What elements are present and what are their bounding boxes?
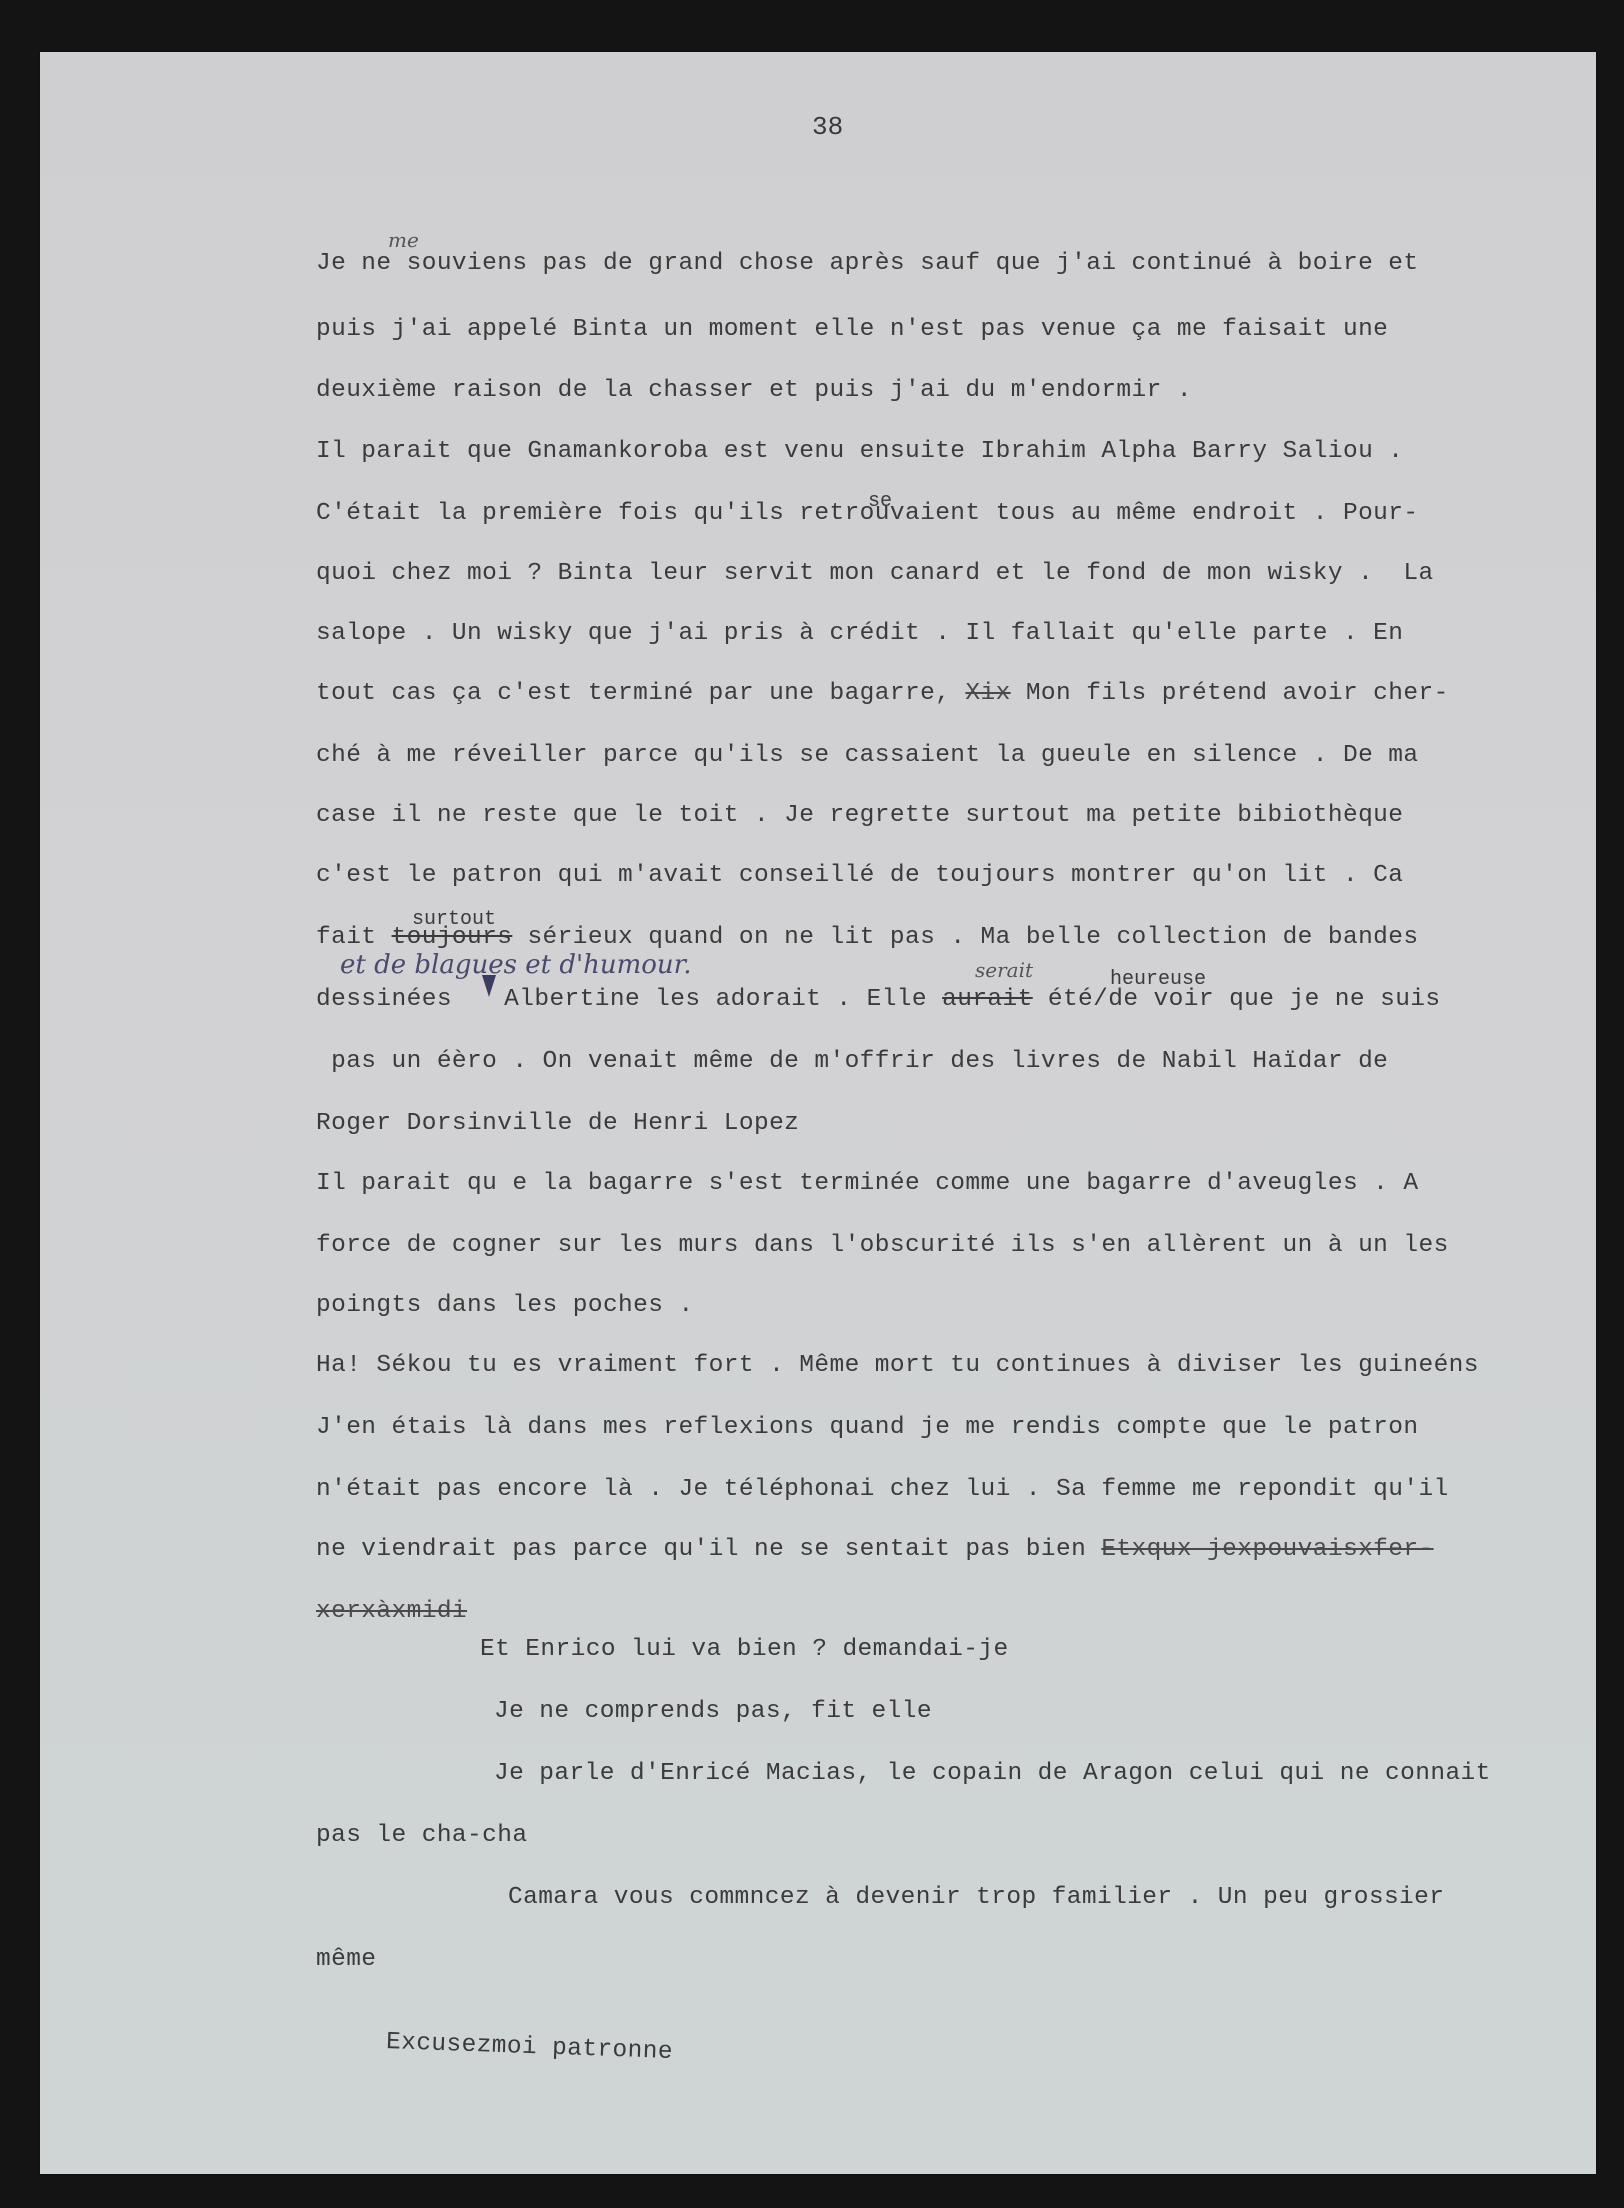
text-line-18: poingts dans les poches .	[316, 1292, 694, 1319]
text-line-12: fait toujours sérieux quand on ne lit pa…	[316, 924, 1419, 951]
struck-text: Xix	[965, 680, 1010, 707]
dialogue-line-4: Camara vous commncez à devenir trop fami…	[508, 1884, 1444, 1911]
text-line-6: quoi chez moi ? Binta leur servit mon ca…	[316, 560, 1434, 587]
text-line-12-end: sérieux quand on ne lit pas . Ma belle c…	[512, 924, 1418, 951]
text-line-22: ne viendrait pas parce qu'il ne se senta…	[316, 1536, 1434, 1563]
text-line-15: Roger Dorsinville de Henri Lopez	[316, 1110, 799, 1137]
text-line-8-end: Mon fils prétend avoir cher-	[1011, 680, 1449, 707]
handwritten-insert-me: me	[388, 228, 419, 252]
text-line-1: Je ne souviens pas de grand chose après …	[316, 250, 1418, 277]
typewritten-page	[40, 52, 1596, 2174]
text-line-7: salope . Un wisky que j'ai pris à crédit…	[316, 620, 1403, 647]
text-line-17: force de cogner sur les murs dans l'obsc…	[316, 1232, 1449, 1259]
dialogue-line-1: Et Enrico lui va bien ? demandai-je	[480, 1636, 1009, 1663]
text-line-16: Il parait qu e la bagarre s'est terminée…	[316, 1170, 1418, 1197]
struck-text: toujours	[392, 924, 513, 951]
text-line-3: deuxième raison de la chasser et puis j'…	[316, 377, 1192, 404]
dialogue-line-3-cont: pas le cha-cha	[316, 1822, 527, 1849]
handwritten-insert-serait: serait	[975, 958, 1033, 982]
text-line-14: pas un éèro . On venait même de m'offrir…	[316, 1048, 1388, 1075]
page-number: 38	[812, 112, 843, 142]
text-line-4: Il parait que Gnamankoroba est venu ensu…	[316, 438, 1403, 465]
struck-text: aurait	[942, 986, 1033, 1013]
text-line-8: tout cas ça c'est terminé par une bagarr…	[316, 680, 1449, 707]
text-line-10: case il ne reste que le toit . Je regret…	[316, 802, 1403, 829]
text-line-19: Ha! Sékou tu es vraiment fort . Même mor…	[316, 1352, 1479, 1379]
dialogue-line-4-cont: même	[316, 1946, 376, 1973]
handwritten-insert: et de blagues et d'humour.	[340, 950, 692, 980]
text-line-13-mid: Albertine les adorait . Elle	[489, 986, 942, 1013]
text-line-23: xerxàxmidi	[316, 1598, 467, 1625]
dialogue-line-3: Je parle d'Enricé Macias, le copain de A…	[494, 1760, 1491, 1787]
text-line-5: C'était la première fois qu'ils retrouva…	[316, 500, 1418, 527]
text-line-9: ché à me réveiller parce qu'ils se cassa…	[316, 742, 1418, 769]
text-line-12-start: fait	[316, 924, 392, 951]
text-line-11: c'est le patron qui m'avait conseillé de…	[316, 862, 1403, 889]
text-line-22-start: ne viendrait pas parce qu'il ne se senta…	[316, 1536, 1101, 1563]
text-line-13: dessinées Albertine les adorait . Elle a…	[316, 986, 1441, 1013]
dialogue-line-2: Je ne comprends pas, fit elle	[494, 1698, 932, 1725]
text-line-20: J'en étais là dans mes reflexions quand …	[316, 1414, 1418, 1441]
text-line-21: n'était pas encore là . Je téléphonai ch…	[316, 1476, 1449, 1503]
text-line-13-start: dessinées	[316, 986, 467, 1013]
text-line-8-start: tout cas ça c'est terminé par une bagarr…	[316, 680, 965, 707]
struck-text: xerxàxmidi	[316, 1598, 467, 1625]
struck-text: Etxqux jexpouvaisxfer-	[1101, 1536, 1433, 1563]
text-line-13-end: été/de voir que je ne suis	[1033, 986, 1441, 1013]
text-line-2: puis j'ai appelé Binta un moment elle n'…	[316, 316, 1388, 343]
